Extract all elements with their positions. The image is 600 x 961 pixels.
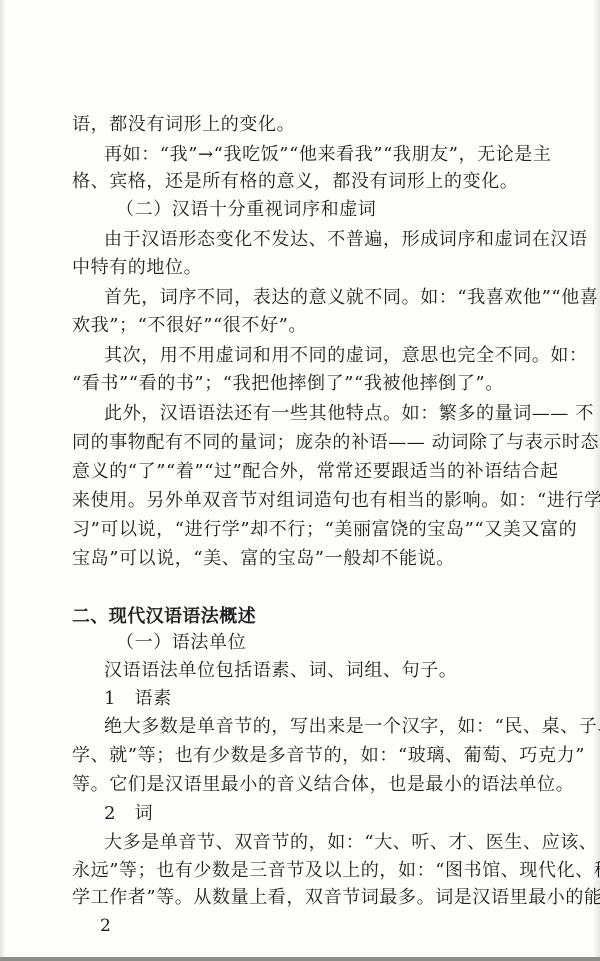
text-line: 再如：“我”→“我吃饭”“他来看我”“我朋友”，无论是主 [104, 144, 552, 166]
text-line: 等。它们是汉语里最小的音义结合体，也是最小的语法单位。 [72, 774, 574, 796]
scan-bottom-edge [0, 957, 600, 961]
text-line: 由于汉语形态变化不发达、不普遍，形成词序和虚词在汉语 [104, 229, 588, 251]
text-line: 语，都没有词形上的变化。 [72, 114, 552, 136]
subsection-heading: （二）汉语十分重视词序和虚词 [116, 199, 376, 221]
text-line: 其次，用不用虚词和用不同的虚词，意思也完全不同。如： [104, 345, 588, 367]
page-edge-shadow-left [0, 0, 6, 961]
text-line: 格、宾格，还是所有格的意义，都没有词形上的变化。 [72, 171, 518, 193]
text-line: 意义的“了”“着”“过”配合外，常常还要跟适当的补语结合起 [72, 461, 559, 483]
subsection-heading: （一）语法单位 [116, 632, 246, 654]
text-line: 绝大多数是单音节的，写出来是一个汉字，如：“民、桌、子、 [104, 716, 600, 738]
item-heading: 1 语素 [104, 688, 172, 710]
text-line: 大多是单音节、双音节的，如：“大、听、才、医生、应该、 [104, 832, 597, 854]
text-line: 首先，词序不同，表达的意义就不同。如：“我喜欢他”“他喜 [104, 287, 598, 309]
item-heading: 2 词 [104, 803, 153, 825]
text-line: 习”可以说，“进行学”却不行；“美丽富饶的宝岛”“又美又富的 [72, 519, 577, 541]
text-line: 学、就”等；也有少数是多音节的，如：“玻璃、葡萄、巧克力” [72, 745, 585, 767]
text-line: 宝岛”可以说，“美、富的宝岛”一般却不能说。 [72, 548, 455, 570]
page-number: 2 [100, 916, 111, 936]
text-line: 学工作者”等。从数量上看，双音节词最多。词是汉语里最小的能 [72, 887, 600, 909]
section-heading: 二、现代汉语语法概述 [72, 606, 256, 628]
text-line: 此外，汉语语法还有一些其他特点。如：繁多的量词—— 不 [104, 403, 594, 425]
text-line: 中特有的地位。 [72, 257, 202, 279]
text-line: 永远”等；也有少数是三音节及以上的，如：“图书馆、现代化、科 [72, 860, 600, 882]
text-line: 同的事物配有不同的量词；庞杂的补语—— 动词除了与表示时态 [72, 432, 599, 454]
text-line: 汉语语法单位包括语素、词、词组、句子。 [104, 660, 457, 682]
text-line: “看书”“看的书”；“我把他摔倒了”“我被他摔倒了”。 [72, 373, 504, 395]
page-edge-shadow-right [592, 0, 600, 961]
text-line: 来使用。另外单双音节对组词造句也有相当的影响。如：“进行学 [72, 490, 600, 512]
text-line: 欢我”；“不很好”“很不好”。 [72, 315, 307, 337]
